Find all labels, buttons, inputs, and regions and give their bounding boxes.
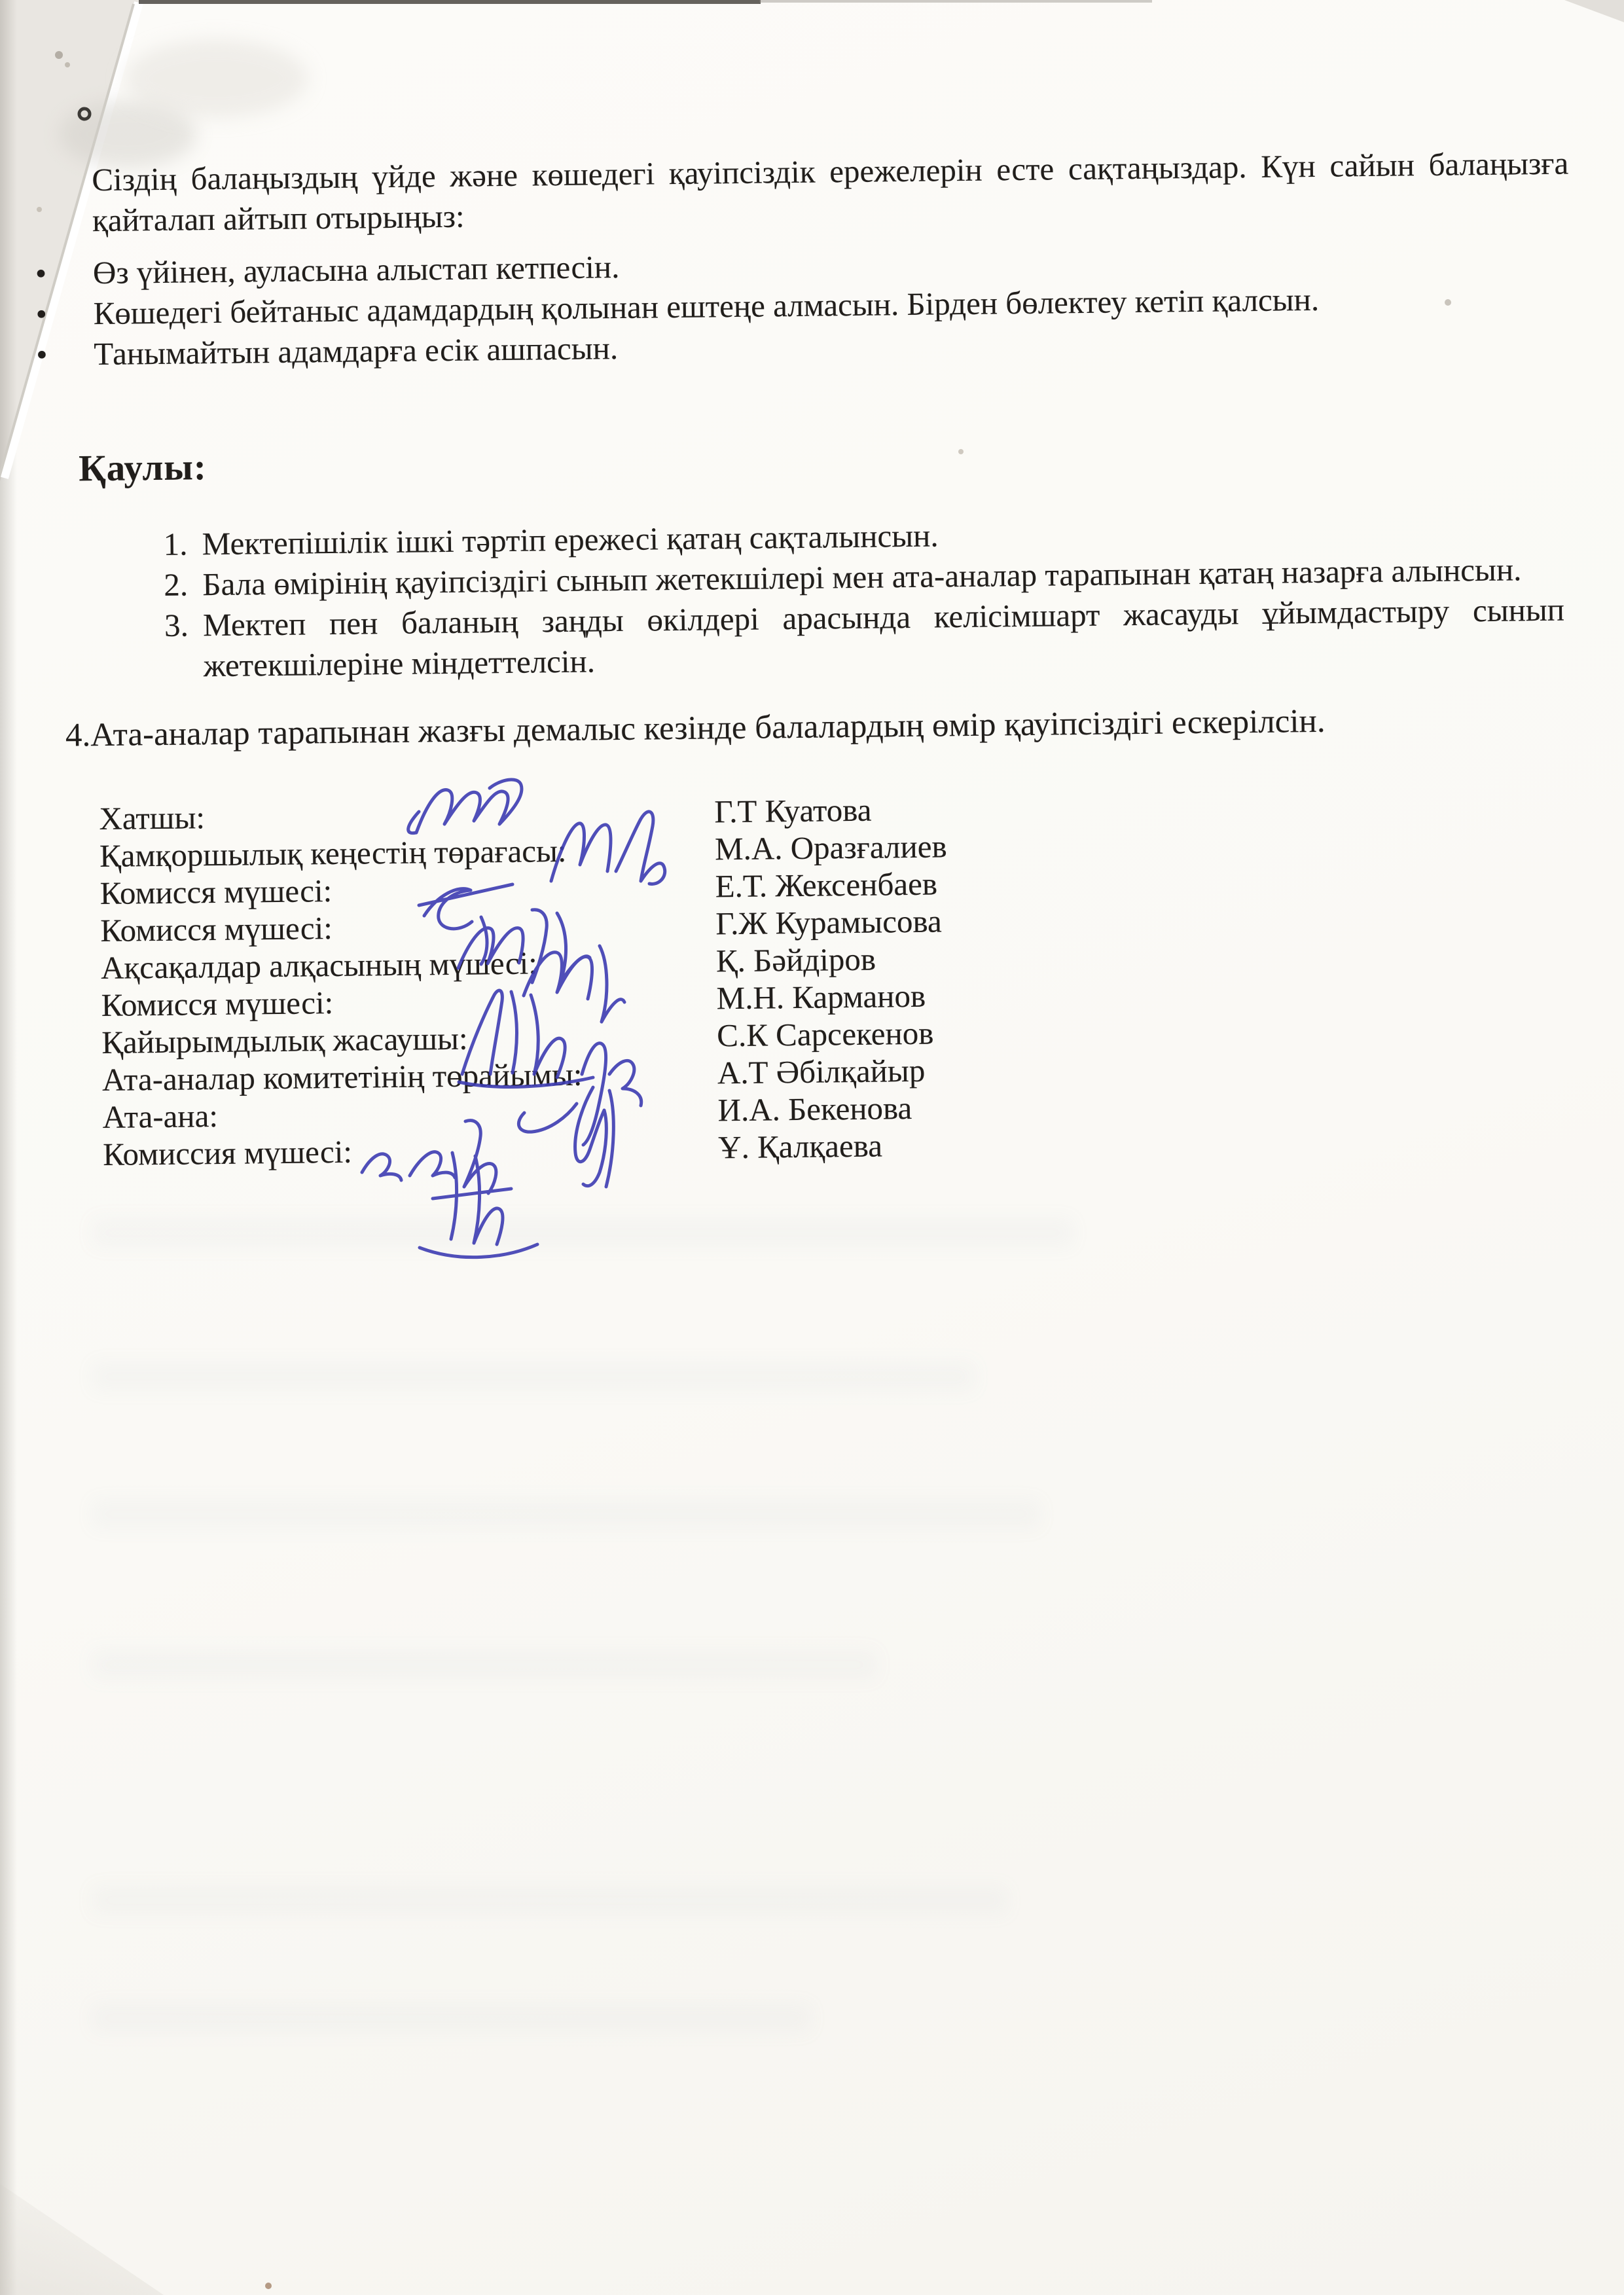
intro-paragraph: Сіздің балаңыздың үйде және көшедегі қау… <box>92 143 1569 242</box>
safety-rules-list: Өз үйінен, ауласына алыстап кетпесін. Кө… <box>93 236 1571 375</box>
signatories-block: Хатшы: Г.Т Куатова Қамқоршылық кеңестің … <box>99 782 1579 1172</box>
speck <box>55 51 63 59</box>
resolution-heading: Қаулы: <box>79 431 1572 490</box>
resolution-list: Мектепішілік ішкі тәртіп ережесі қатаң с… <box>187 509 1565 687</box>
signatory-role: Комиссия мүшесі: <box>103 1127 719 1175</box>
speck <box>65 62 70 67</box>
speck <box>37 207 42 212</box>
scanner-edge-shadow <box>0 0 17 2295</box>
staple-mark <box>79 109 90 119</box>
document-content: Сіздің балаңыздың үйде және көшедегі қау… <box>59 143 1579 1172</box>
scanned-document: Сіздің балаңыздың үйде және көшедегі қау… <box>0 0 1624 2295</box>
resolution-item: Мектеп пен баланың заңды өкілдері арасын… <box>196 590 1565 687</box>
clause-4: 4.Ата-аналар тарапынан жазғы демалыс кез… <box>65 698 1576 755</box>
